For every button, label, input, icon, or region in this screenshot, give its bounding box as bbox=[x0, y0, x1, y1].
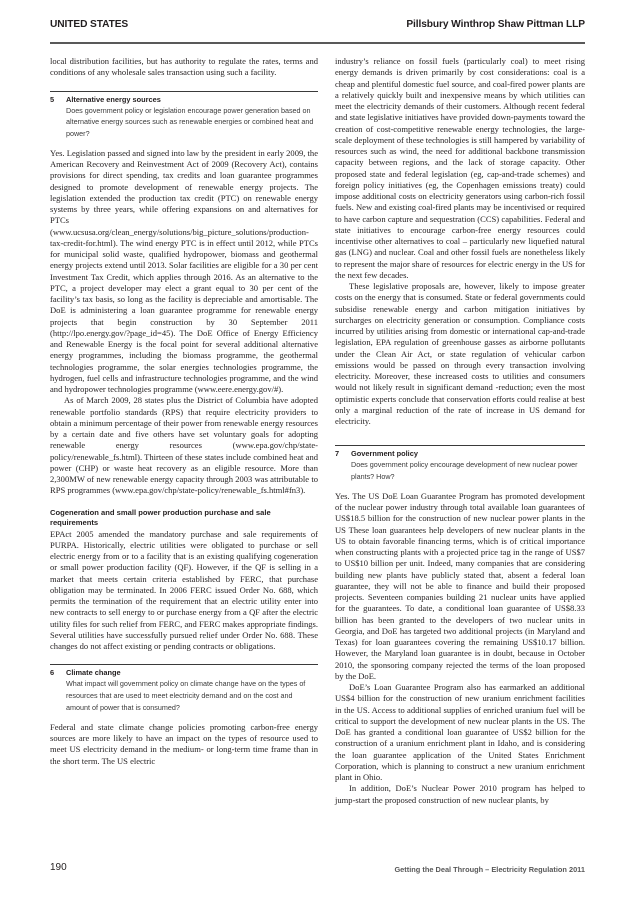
body-paragraph: Federal and state climate change policie… bbox=[50, 722, 318, 767]
header-country: UNITED STATES bbox=[50, 19, 128, 30]
footer-publication-title: Getting the Deal Through – Electricity R… bbox=[394, 865, 585, 874]
body-paragraph: EPAct 2005 amended the mandatory purchas… bbox=[50, 529, 318, 653]
intro-paragraph: local distribution facilities, but has a… bbox=[50, 56, 318, 79]
right-column: industry’s reliance on fossil fuels (par… bbox=[335, 56, 585, 806]
question-title: Alternative energy sources bbox=[66, 95, 318, 105]
question-number: 5 bbox=[50, 95, 54, 105]
question-text: Does government policy or legislation en… bbox=[66, 105, 318, 140]
body-paragraph: DoE’s Loan Guarantee Program also has ea… bbox=[335, 682, 585, 783]
header-rule bbox=[50, 42, 585, 44]
body-paragraph: industry’s reliance on fossil fuels (par… bbox=[335, 56, 585, 281]
page-number: 190 bbox=[50, 862, 67, 873]
body-paragraph: These legislative proposals are, however… bbox=[335, 281, 585, 427]
body-paragraph: As of March 2009, 28 states plus the Dis… bbox=[50, 395, 318, 496]
left-column: local distribution facilities, but has a… bbox=[50, 56, 318, 767]
question-block-6: 6 Climate change What impact will govern… bbox=[50, 664, 318, 713]
header-firm: Pillsbury Winthrop Shaw Pittman LLP bbox=[406, 19, 585, 30]
section-subheading: Cogeneration and small power production … bbox=[50, 508, 318, 528]
body-paragraph: Yes. Legislation passed and signed into … bbox=[50, 148, 318, 396]
question-block-7: 7 Government policy Does government poli… bbox=[335, 445, 585, 483]
body-paragraph: Yes. The US DoE Loan Guarantee Program h… bbox=[335, 491, 585, 682]
question-text: Does government policy encourage develop… bbox=[351, 459, 585, 483]
document-page: UNITED STATES Pillsbury Winthrop Shaw Pi… bbox=[50, 0, 585, 900]
running-header: UNITED STATES Pillsbury Winthrop Shaw Pi… bbox=[50, 19, 585, 35]
question-number: 7 bbox=[335, 449, 339, 459]
question-number: 6 bbox=[50, 668, 54, 678]
question-block-5: 5 Alternative energy sources Does govern… bbox=[50, 91, 318, 140]
question-text: What impact will government policy on cl… bbox=[66, 678, 318, 713]
question-title: Climate change bbox=[66, 668, 318, 678]
body-paragraph: In addition, DoE’s Nuclear Power 2010 pr… bbox=[335, 783, 585, 806]
question-title: Government policy bbox=[351, 449, 585, 459]
